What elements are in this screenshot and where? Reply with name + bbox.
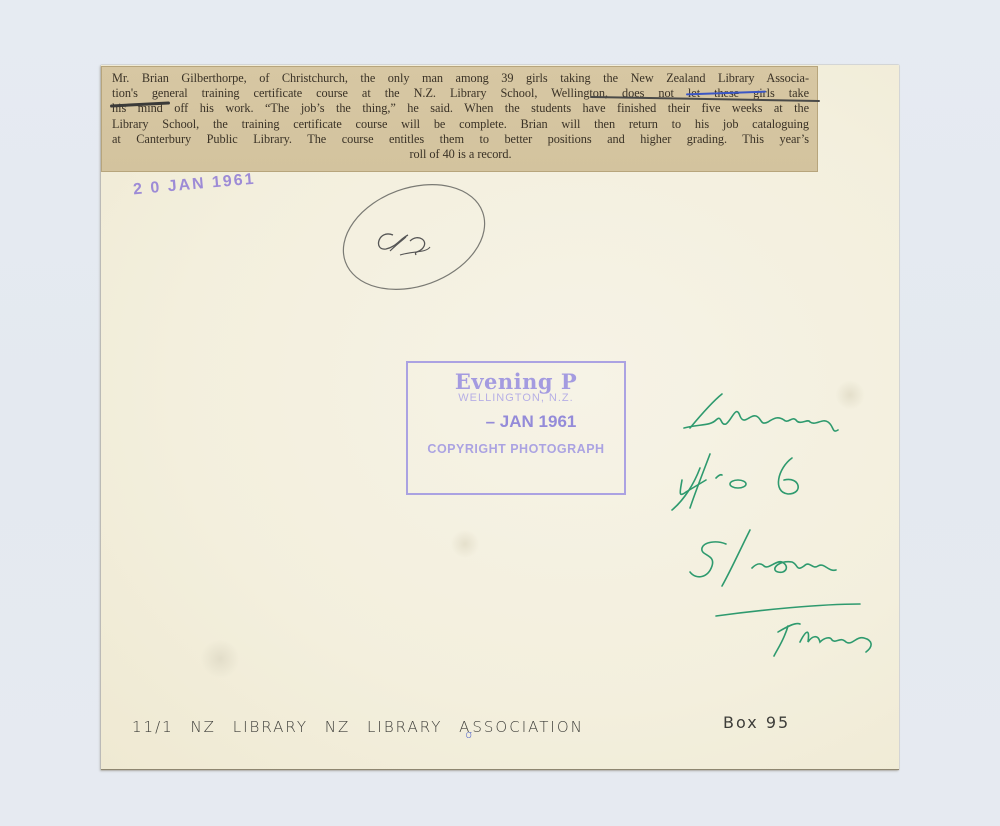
clipping-line: Library School, the training certificate… (112, 117, 809, 132)
archive-caption: 11/1 NZ LIBRARY NZ LIBRARY AσSSOCIATION (132, 718, 584, 736)
stain-spot (200, 640, 240, 678)
clipping-text: Mr. Brian Gilberthorpe, of Christchurch,… (112, 71, 809, 162)
newspaper-clipping: Mr. Brian Gilberthorpe, of Christchurch,… (101, 66, 818, 172)
stamp-newspaper-title: Evening P (408, 369, 624, 394)
green-handwritten-notes (660, 380, 900, 660)
stamp-copyright: COPYRIGHT PHOTOGRAPH (408, 442, 624, 456)
caption-assoc: AσSSOCIATION (459, 718, 584, 736)
clipping-line: at Canterbury Public Library. The course… (112, 132, 809, 147)
caption-text: 11/1 NZ LIBRARY NZ LIBRARY (132, 718, 442, 736)
stain-spot (450, 530, 480, 558)
stamp-city: WELLINGTON, N.Z. (408, 392, 624, 404)
clipping-line: Mr. Brian Gilberthorpe, of Christchurch,… (112, 71, 809, 86)
clipping-line: roll of 40 is a record. (112, 147, 809, 162)
clipping-line: his mind off his work. “The job’s the th… (112, 101, 809, 116)
pencil-initials-oval (338, 181, 488, 296)
stamp-date: – JAN 1961 (438, 412, 624, 432)
blue-correction-mark: σ (465, 728, 474, 741)
evening-post-copyright-stamp: Evening P WELLINGTON, N.Z. – JAN 1961 CO… (406, 361, 626, 495)
box-number-label: Box 95 (723, 713, 790, 732)
